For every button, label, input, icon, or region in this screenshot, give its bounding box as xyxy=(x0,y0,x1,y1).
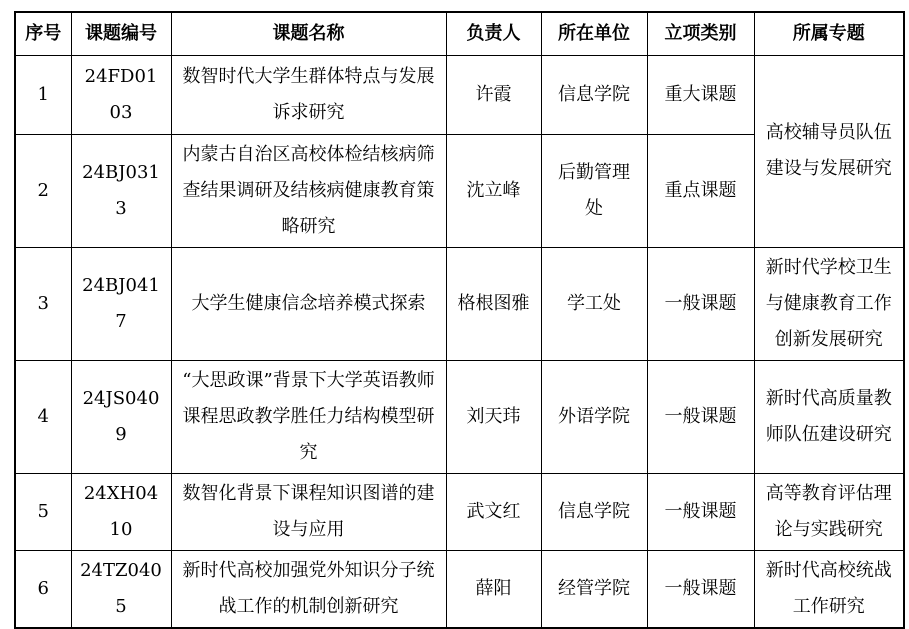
title-cell: 大学生健康信念培养模式探索 xyxy=(171,247,446,360)
title-cell: 数智化背景下课程知识图谱的建设与应用 xyxy=(171,473,446,550)
serial-cell: 2 xyxy=(15,134,71,247)
serial-cell: 1 xyxy=(15,55,71,134)
category-cell: 一般课题 xyxy=(647,360,754,473)
table-row: 3 24BJ0417 大学生健康信念培养模式探索 格根图雅 学工处 一般课题 新… xyxy=(15,247,904,360)
header-category: 立项类别 xyxy=(647,12,754,55)
leader-cell: 许霞 xyxy=(446,55,541,134)
table-row: 6 24TZ0405 新时代高校加强党外知识分子统战工作的机制创新研究 薛阳 经… xyxy=(15,550,904,628)
header-row: 序号 课题编号 课题名称 负责人 所在单位 立项类别 所属专题 xyxy=(15,12,904,55)
serial-cell: 3 xyxy=(15,247,71,360)
category-cell: 重点课题 xyxy=(647,134,754,247)
code-cell: 24JS0409 xyxy=(71,360,171,473)
code-cell: 24FD0103 xyxy=(71,55,171,134)
title-cell: 数智时代大学生群体特点与发展诉求研究 xyxy=(171,55,446,134)
serial-cell: 4 xyxy=(15,360,71,473)
header-serial: 序号 xyxy=(15,12,71,55)
leader-cell: 薛阳 xyxy=(446,550,541,628)
code-cell: 24TZ0405 xyxy=(71,550,171,628)
header-code: 课题编号 xyxy=(71,12,171,55)
leader-cell: 武文红 xyxy=(446,473,541,550)
category-cell: 一般课题 xyxy=(647,550,754,628)
header-topic: 所属专题 xyxy=(754,12,904,55)
table-row: 5 24XH0410 数智化背景下课程知识图谱的建设与应用 武文红 信息学院 一… xyxy=(15,473,904,550)
leader-cell: 沈立峰 xyxy=(446,134,541,247)
topic-cell: 新时代学校卫生与健康教育工作创新发展研究 xyxy=(754,247,904,360)
header-unit: 所在单位 xyxy=(541,12,647,55)
unit-cell: 后勤管理处 xyxy=(541,134,647,247)
document-page: { "colors": { "border": "#000000", "text… xyxy=(0,0,909,602)
title-cell: “大思政课”背景下大学英语教师课程思政教学胜任力结构模型研究 xyxy=(171,360,446,473)
unit-cell: 外语学院 xyxy=(541,360,647,473)
topic-cell-merged: 高校辅导员队伍建设与发展研究 xyxy=(754,55,904,247)
category-cell: 一般课题 xyxy=(647,247,754,360)
code-cell: 24XH0410 xyxy=(71,473,171,550)
table-row: 4 24JS0409 “大思政课”背景下大学英语教师课程思政教学胜任力结构模型研… xyxy=(15,360,904,473)
category-cell: 一般课题 xyxy=(647,473,754,550)
unit-cell: 经管学院 xyxy=(541,550,647,628)
code-cell: 24BJ0313 xyxy=(71,134,171,247)
category-cell: 重大课题 xyxy=(647,55,754,134)
table-row: 1 24FD0103 数智时代大学生群体特点与发展诉求研究 许霞 信息学院 重大… xyxy=(15,55,904,134)
topic-cell: 高等教育评估理论与实践研究 xyxy=(754,473,904,550)
title-cell: 内蒙古自治区高校体检结核病筛查结果调研及结核病健康教育策略研究 xyxy=(171,134,446,247)
code-cell: 24BJ0417 xyxy=(71,247,171,360)
topic-cell: 新时代高质量教师队伍建设研究 xyxy=(754,360,904,473)
unit-cell: 学工处 xyxy=(541,247,647,360)
leader-cell: 刘天玮 xyxy=(446,360,541,473)
header-title: 课题名称 xyxy=(171,12,446,55)
unit-cell: 信息学院 xyxy=(541,473,647,550)
serial-cell: 5 xyxy=(15,473,71,550)
title-cell: 新时代高校加强党外知识分子统战工作的机制创新研究 xyxy=(171,550,446,628)
project-table: 序号 课题编号 课题名称 负责人 所在单位 立项类别 所属专题 1 24FD01… xyxy=(14,11,905,629)
header-leader: 负责人 xyxy=(446,12,541,55)
unit-cell: 信息学院 xyxy=(541,55,647,134)
topic-cell: 新时代高校统战工作研究 xyxy=(754,550,904,628)
serial-cell: 6 xyxy=(15,550,71,628)
leader-cell: 格根图雅 xyxy=(446,247,541,360)
